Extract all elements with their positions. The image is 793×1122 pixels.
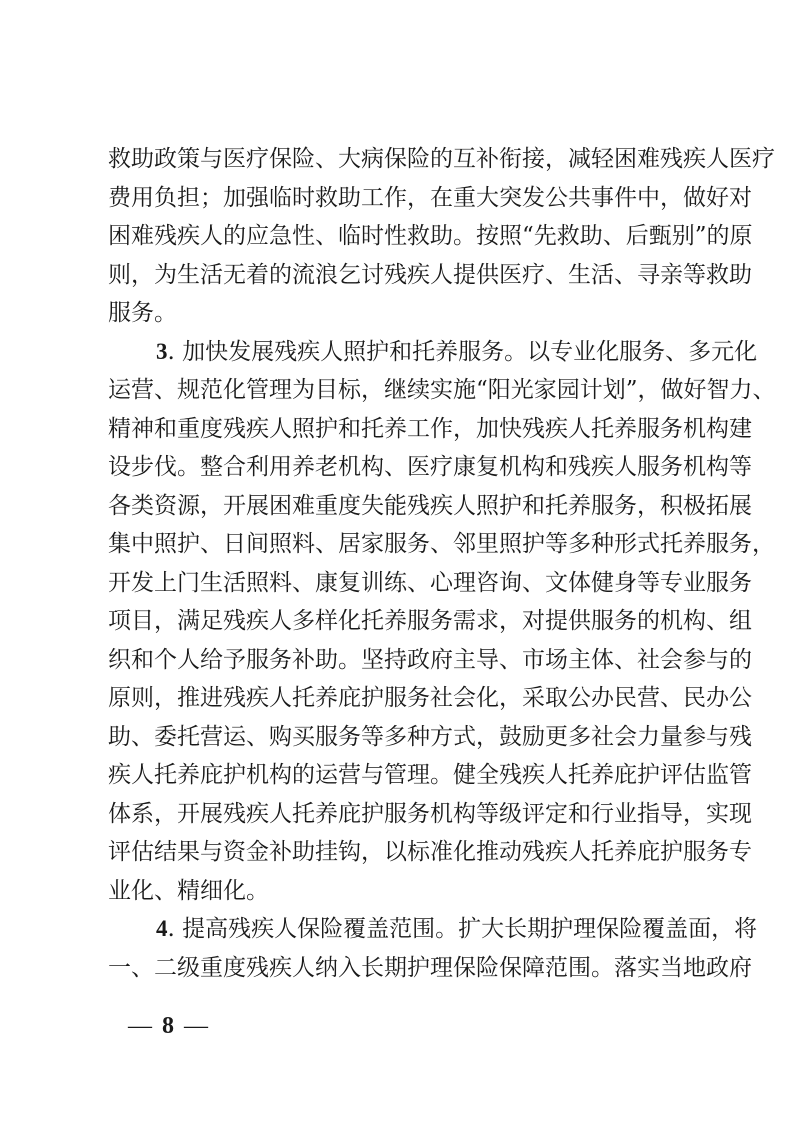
footer-dash-right: — [184,1013,208,1039]
text-line: 评估结果与资金补助挂钩，以标准化推动残疾人托养庇护服务专 [108,833,688,872]
text-line: 体系，开展残疾人托养庇护服务机构等级评定和行业指导，实现 [108,795,688,834]
section-text: . 加快发展残疾人照护和托养服务。以专业化服务、多元化 [168,339,758,365]
section-heading-3: 3. 加快发展残疾人照护和托养服务。以专业化服务、多元化 [108,333,688,372]
text-line: 困难残疾人的应急性、临时性救助。按照“先救助、后甄别”的原 [108,217,688,256]
page-number: 8 [162,1013,174,1039]
text-line: 原则，推进残疾人托养庇护服务社会化，采取公办民营、民办公 [108,679,688,718]
text-line: 费用负担；加强临时救助工作，在重大突发公共事件中，做好对 [108,179,688,218]
section-heading-4: 4. 提高残疾人保险覆盖范围。扩大长期护理保险覆盖面，将 [108,910,688,949]
text-line: 运营、规范化管理为目标，继续实施“阳光家园计划”，做好智力、 [108,371,688,410]
text-line: 业化、精细化。 [108,872,688,911]
text-line: 集中照护、日间照料、居家服务、邻里照护等多种形式托养服务， [108,525,688,564]
footer-dash-left: — [128,1013,152,1039]
text-line: 则，为生活无着的流浪乞讨残疾人提供医疗、生活、寻亲等救助 [108,256,688,295]
text-line: 开发上门生活照料、康复训练、心理咨询、文体健身等专业服务 [108,564,688,603]
text-line: 疾人托养庇护机构的运营与管理。健全残疾人托养庇护评估监管 [108,756,688,795]
page-footer: —8— [128,1013,208,1040]
text-line: 织和个人给予服务补助。坚持政府主导、市场主体、社会参与的 [108,641,688,680]
section-number: 3 [156,339,168,364]
text-line: 精神和重度残疾人照护和托养工作，加快残疾人托养服务机构建 [108,410,688,449]
section-number: 4 [156,916,168,941]
text-line: 各类资源，开展困难重度失能残疾人照护和托养服务，积极拓展 [108,487,688,526]
text-line: 一、二级重度残疾人纳入长期护理保险保障范围。落实当地政府 [108,949,688,988]
text-line: 救助政策与医疗保险、大病保险的互补衔接，减轻困难残疾人医疗 [108,140,688,179]
text-line: 设步伐。整合利用养老机构、医疗康复机构和残疾人服务机构等 [108,448,688,487]
text-line: 助、委托营运、购买服务等多种方式，鼓励更多社会力量参与残 [108,718,688,757]
document-body: 救助政策与医疗保险、大病保险的互补衔接，减轻困难残疾人医疗 费用负担；加强临时救… [108,140,688,987]
text-line: 项目，满足残疾人多样化托养服务需求，对提供服务的机构、组 [108,602,688,641]
text-line: 服务。 [108,294,688,333]
section-text: . 提高残疾人保险覆盖范围。扩大长期护理保险覆盖面，将 [168,916,758,942]
